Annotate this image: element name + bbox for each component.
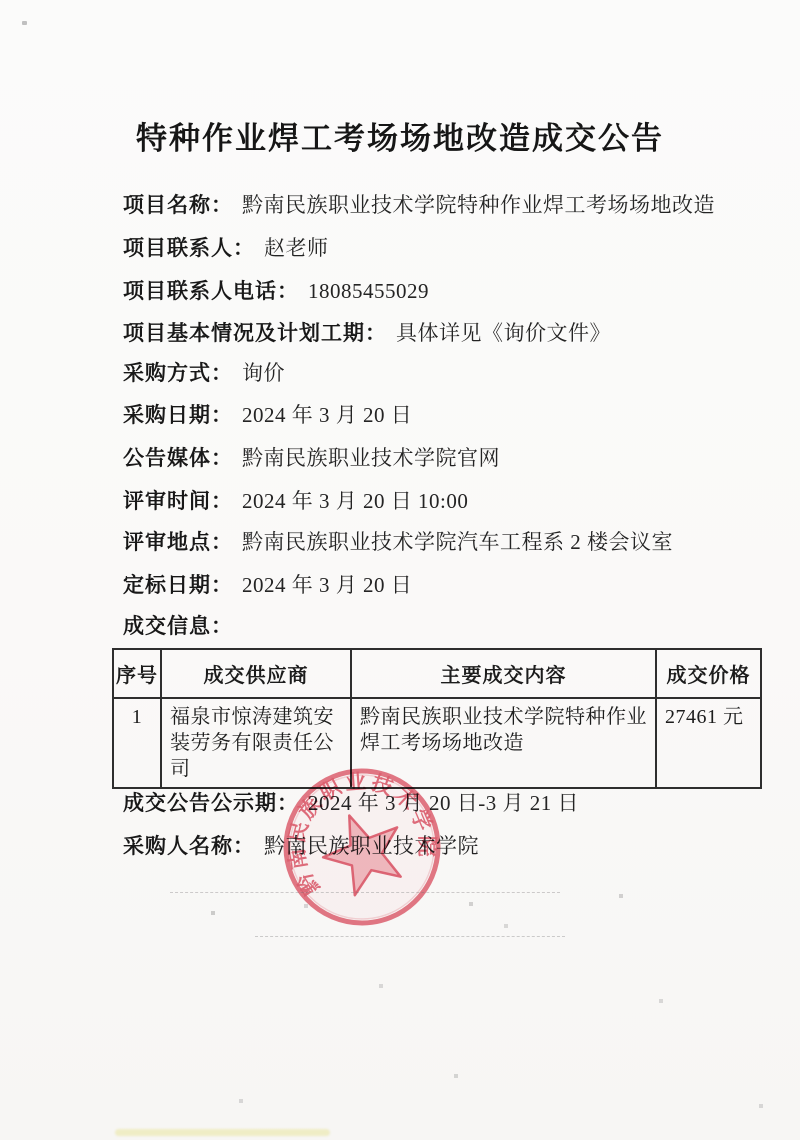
field-review-time: 评审时间：2024 年 3 月 20 日 10:00 — [123, 489, 468, 514]
field-value: 2024 年 3 月 20 日 — [242, 403, 412, 427]
table-header-row: 序号 成交供应商 主要成交内容 成交价格 — [113, 649, 761, 698]
field-label: 成交公告公示期： — [123, 792, 299, 815]
scan-speck-line — [170, 892, 560, 893]
field-award-date: 定标日期：2024 年 3 月 20 日 — [123, 573, 412, 598]
official-seal-stamp: 黔南民族职业技术学院 — [277, 762, 447, 932]
field-value: 黔南民族职业技术学院官网 — [242, 446, 500, 470]
field-procurement-method: 采购方式：询价 — [123, 361, 285, 386]
field-label: 定标日期： — [123, 574, 233, 597]
field-label: 项目联系人电话： — [123, 280, 299, 303]
cell-serial: 1 — [113, 698, 161, 788]
scan-speck-line — [255, 936, 565, 937]
field-value: 2024 年 3 月 20 日 — [242, 573, 412, 597]
field-contact-person: 项目联系人：赵老师 — [123, 236, 329, 261]
field-project-name: 项目名称：黔南民族职业技术学院特种作业焊工考场场地改造 — [123, 193, 715, 218]
field-value: 黔南民族职业技术学院特种作业焊工考场场地改造 — [242, 193, 715, 217]
field-label: 项目名称： — [123, 194, 233, 217]
field-value: 2024 年 3 月 20 日 10:00 — [242, 489, 468, 513]
field-value: 黔南民族职业技术学院汽车工程系 2 楼会议室 — [242, 530, 673, 554]
col-header-price: 成交价格 — [656, 649, 761, 698]
scan-noise-specks — [0, 0, 2, 2]
page-title: 特种作业焊工考场场地改造成交公告 — [0, 113, 800, 158]
field-project-overview: 项目基本情况及计划工期：具体详见《询价文件》 — [123, 321, 611, 346]
field-label: 项目基本情况及计划工期： — [123, 322, 387, 345]
field-value: 赵老师 — [264, 236, 329, 260]
field-label: 项目联系人： — [123, 237, 255, 260]
cell-price: 27461 元 — [656, 698, 761, 788]
field-value: 询价 — [242, 361, 285, 385]
field-label: 公告媒体： — [123, 447, 233, 470]
col-header-supplier: 成交供应商 — [161, 649, 351, 698]
field-review-location: 评审地点：黔南民族职业技术学院汽车工程系 2 楼会议室 — [123, 530, 673, 555]
field-label: 评审地点： — [123, 531, 233, 554]
field-procurement-date: 采购日期：2024 年 3 月 20 日 — [123, 403, 412, 428]
field-announcement-media: 公告媒体：黔南民族职业技术学院官网 — [123, 446, 500, 471]
scan-smudge — [115, 1129, 330, 1136]
field-label: 评审时间： — [123, 490, 233, 513]
scanned-document-page: 特种作业焊工考场场地改造成交公告 项目名称：黔南民族职业技术学院特种作业焊工考场… — [0, 0, 800, 1140]
col-header-content: 主要成交内容 — [351, 649, 656, 698]
col-header-serial: 序号 — [113, 649, 161, 698]
field-value: 18085455029 — [308, 279, 429, 303]
field-award-info-heading: 成交信息： — [123, 614, 233, 639]
field-contact-phone: 项目联系人电话：18085455029 — [123, 279, 429, 304]
field-label: 采购人名称： — [123, 835, 255, 858]
field-value: 具体详见《询价文件》 — [396, 321, 611, 345]
field-label: 采购方式： — [123, 362, 233, 385]
field-label: 采购日期： — [123, 404, 233, 427]
scan-artifact-dot — [22, 21, 27, 25]
field-label: 成交信息： — [123, 615, 233, 638]
